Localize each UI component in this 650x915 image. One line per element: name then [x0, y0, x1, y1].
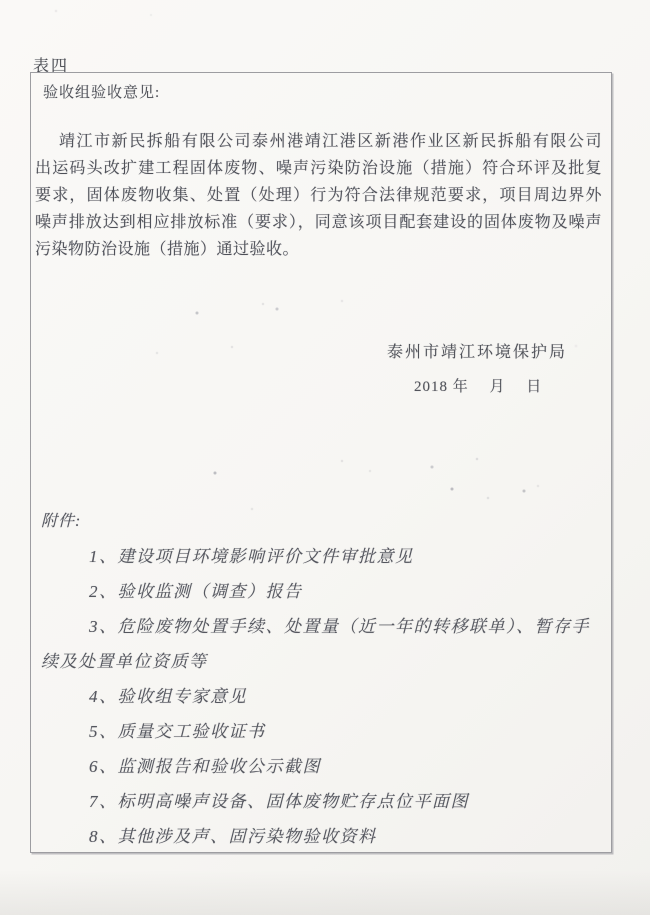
- paragraph-line: 噪声排放达到相应排放标准（要求），同意该项目配套建设的固体废物及噪声: [35, 209, 602, 236]
- attachment-item: 8、其他涉及声、固污染物验收资料: [41, 819, 603, 854]
- paragraph-line: 污染物防治设施（措施）通过验收。: [35, 236, 602, 263]
- scanned-document-page: 表四 验收组验收意见: 靖江市新民拆船有限公司泰州港靖江港区新港作业区新民拆船有…: [0, 0, 650, 915]
- attachment-item-continuation: 续及处置单位资质等: [41, 644, 603, 679]
- paragraph-line: 靖江市新民拆船有限公司泰州港靖江港区新港作业区新民拆船有限公司: [35, 128, 602, 155]
- signature-date: 2018 年 月 日: [414, 375, 542, 396]
- attachment-item: 5、质量交工验收证书: [41, 714, 603, 749]
- attachment-item: 3、危险废物处置手续、处置量（近一年的转移联单）、暂存手: [41, 609, 603, 644]
- attachment-item: 7、标明高噪声设备、固体废物贮存点位平面图: [41, 784, 603, 819]
- paragraph-line: 出运码头改扩建工程固体废物、噪声污染防治设施（措施）符合环评及批复: [35, 155, 602, 182]
- paragraph-line: 要求，固体废物收集、处置（处理）行为符合法律规范要求，项目周边界外: [35, 182, 602, 209]
- scan-shading: [0, 870, 650, 915]
- attachments-section: 附件: 1、建设项目环境影响评价文件审批意见 2、验收监测（调查）报告 3、危险…: [41, 504, 603, 854]
- authority-signature: 泰州市靖江环境保护局: [387, 339, 567, 362]
- opinion-box: 验收组验收意见: 靖江市新民拆船有限公司泰州港靖江港区新港作业区新民拆船有限公司…: [30, 72, 612, 853]
- attachment-item: 2、验收监测（调查）报告: [41, 574, 603, 609]
- scan-speckles: [0, 0, 2, 2]
- attachment-item: 4、验收组专家意见: [41, 679, 603, 714]
- attachment-item: 1、建设项目环境影响评价文件审批意见: [41, 539, 603, 574]
- attachment-item: 6、监测报告和验收公示截图: [41, 749, 603, 784]
- opinion-heading: 验收组验收意见:: [43, 81, 160, 102]
- opinion-paragraph: 靖江市新民拆船有限公司泰州港靖江港区新港作业区新民拆船有限公司 出运码头改扩建工…: [35, 128, 602, 263]
- attachments-label: 附件:: [41, 504, 603, 539]
